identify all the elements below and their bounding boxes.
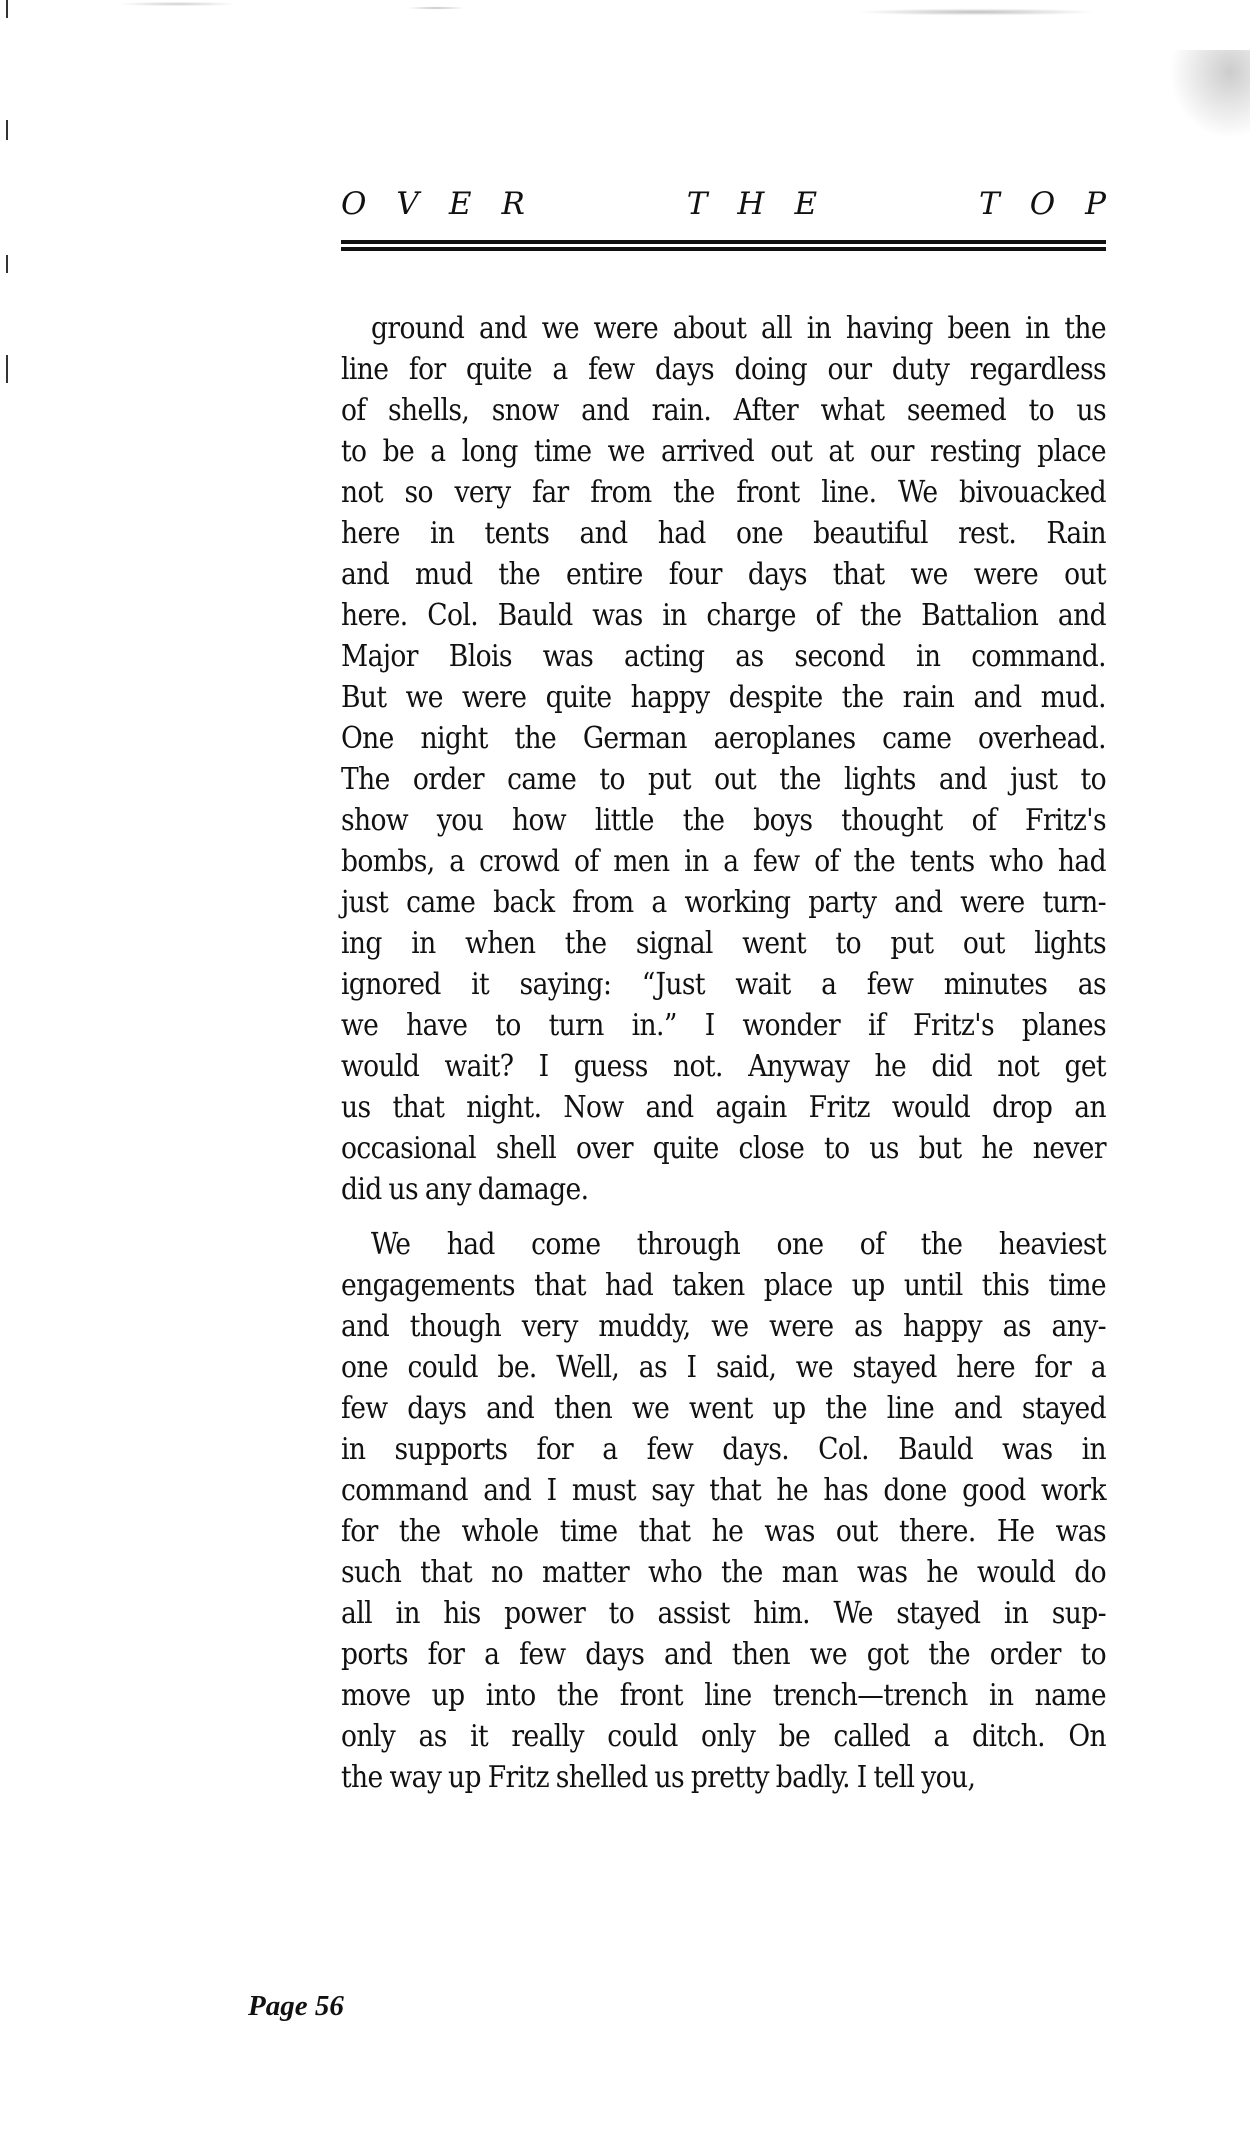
head-letter: E	[449, 186, 472, 222]
text-line: Major Blois was acting as second in comm…	[341, 636, 1106, 677]
text-line: all in his power to assist him. We staye…	[341, 1593, 1106, 1634]
text-line: we have to turn in.” I wonder if Fritz's…	[341, 1005, 1106, 1046]
paragraph: ground and we were about all in having b…	[341, 308, 1106, 1210]
text-line: We had come through one of the heaviest	[341, 1224, 1106, 1265]
head-letter: T	[687, 186, 708, 222]
head-letter: E	[794, 186, 817, 222]
body-text: ground and we were about all in having b…	[341, 308, 1106, 1798]
edge-mark	[6, 255, 8, 273]
head-letter: P	[1085, 186, 1106, 222]
head-letter: T	[979, 186, 1000, 222]
scan-noise-top	[20, 0, 1145, 40]
text-line: bombs, a crowd of men in a few of the te…	[341, 841, 1106, 882]
paragraph: We had come through one of the heavieste…	[341, 1224, 1106, 1798]
text-line: the way up Fritz shelled us pretty badly…	[341, 1757, 1106, 1798]
head-letter: R	[501, 186, 524, 222]
head-letter: V	[396, 186, 418, 222]
text-line: such that no matter who the man was he w…	[341, 1552, 1106, 1593]
text-line: few days and then we went up the line an…	[341, 1388, 1106, 1429]
text-line: did us any damage.	[341, 1169, 1106, 1210]
text-line: One night the German aeroplanes came ove…	[341, 718, 1106, 759]
scan-noise-right	[1150, 50, 1250, 160]
edge-mark	[6, 355, 8, 383]
head-letter: O	[1030, 186, 1055, 222]
page-number: Page 56	[248, 1990, 344, 2023]
edge-mark	[6, 120, 8, 140]
text-line: us that night. Now and again Fritz would…	[341, 1087, 1106, 1128]
text-line: command and I must say that he has done …	[341, 1470, 1106, 1511]
text-line: of shells, snow and rain. After what see…	[341, 390, 1106, 431]
text-line: ground and we were about all in having b…	[341, 308, 1106, 349]
header-rule-top	[341, 240, 1106, 244]
running-head: O V E R T H E T O P	[341, 186, 1106, 222]
text-line: occasional shell over quite close to us …	[341, 1128, 1106, 1169]
text-line: and mud the entire four days that we wer…	[341, 554, 1106, 595]
text-line: in supports for a few days. Col. Bauld w…	[341, 1429, 1106, 1470]
text-line: The order came to put out the lights and…	[341, 759, 1106, 800]
text-line: ignored it saying: “Just wait a few minu…	[341, 964, 1106, 1005]
text-line: one could be. Well, as I said, we stayed…	[341, 1347, 1106, 1388]
text-line: not so very far from the front line. We …	[341, 472, 1106, 513]
running-head-word-over: O V E R	[341, 186, 525, 222]
text-line: ing in when the signal went to put out l…	[341, 923, 1106, 964]
text-line: would wait? I guess not. Anyway he did n…	[341, 1046, 1106, 1087]
text-line: engagements that had taken place up unti…	[341, 1265, 1106, 1306]
text-line: ports for a few days and then we got the…	[341, 1634, 1106, 1675]
edge-mark	[6, 0, 8, 18]
text-line: line for quite a few days doing our duty…	[341, 349, 1106, 390]
running-head-word-top: T O P	[979, 186, 1106, 222]
text-line: move up into the front line trench—trenc…	[341, 1675, 1106, 1716]
text-line: for the whole time that he was out there…	[341, 1511, 1106, 1552]
text-line: to be a long time we arrived out at our …	[341, 431, 1106, 472]
text-line: here in tents and had one beautiful rest…	[341, 513, 1106, 554]
text-line: But we were quite happy despite the rain…	[341, 677, 1106, 718]
text-line: only as it really could only be called a…	[341, 1716, 1106, 1757]
head-letter: O	[341, 186, 366, 222]
head-letter: H	[737, 186, 764, 222]
text-line: show you how little the boys thought of …	[341, 800, 1106, 841]
running-head-word-the: T H E	[687, 186, 817, 222]
header-rule-bottom	[341, 247, 1106, 251]
text-line: and though very muddy, we were as happy …	[341, 1306, 1106, 1347]
text-line: just came back from a working party and …	[341, 882, 1106, 923]
text-line: here. Col. Bauld was in charge of the Ba…	[341, 595, 1106, 636]
